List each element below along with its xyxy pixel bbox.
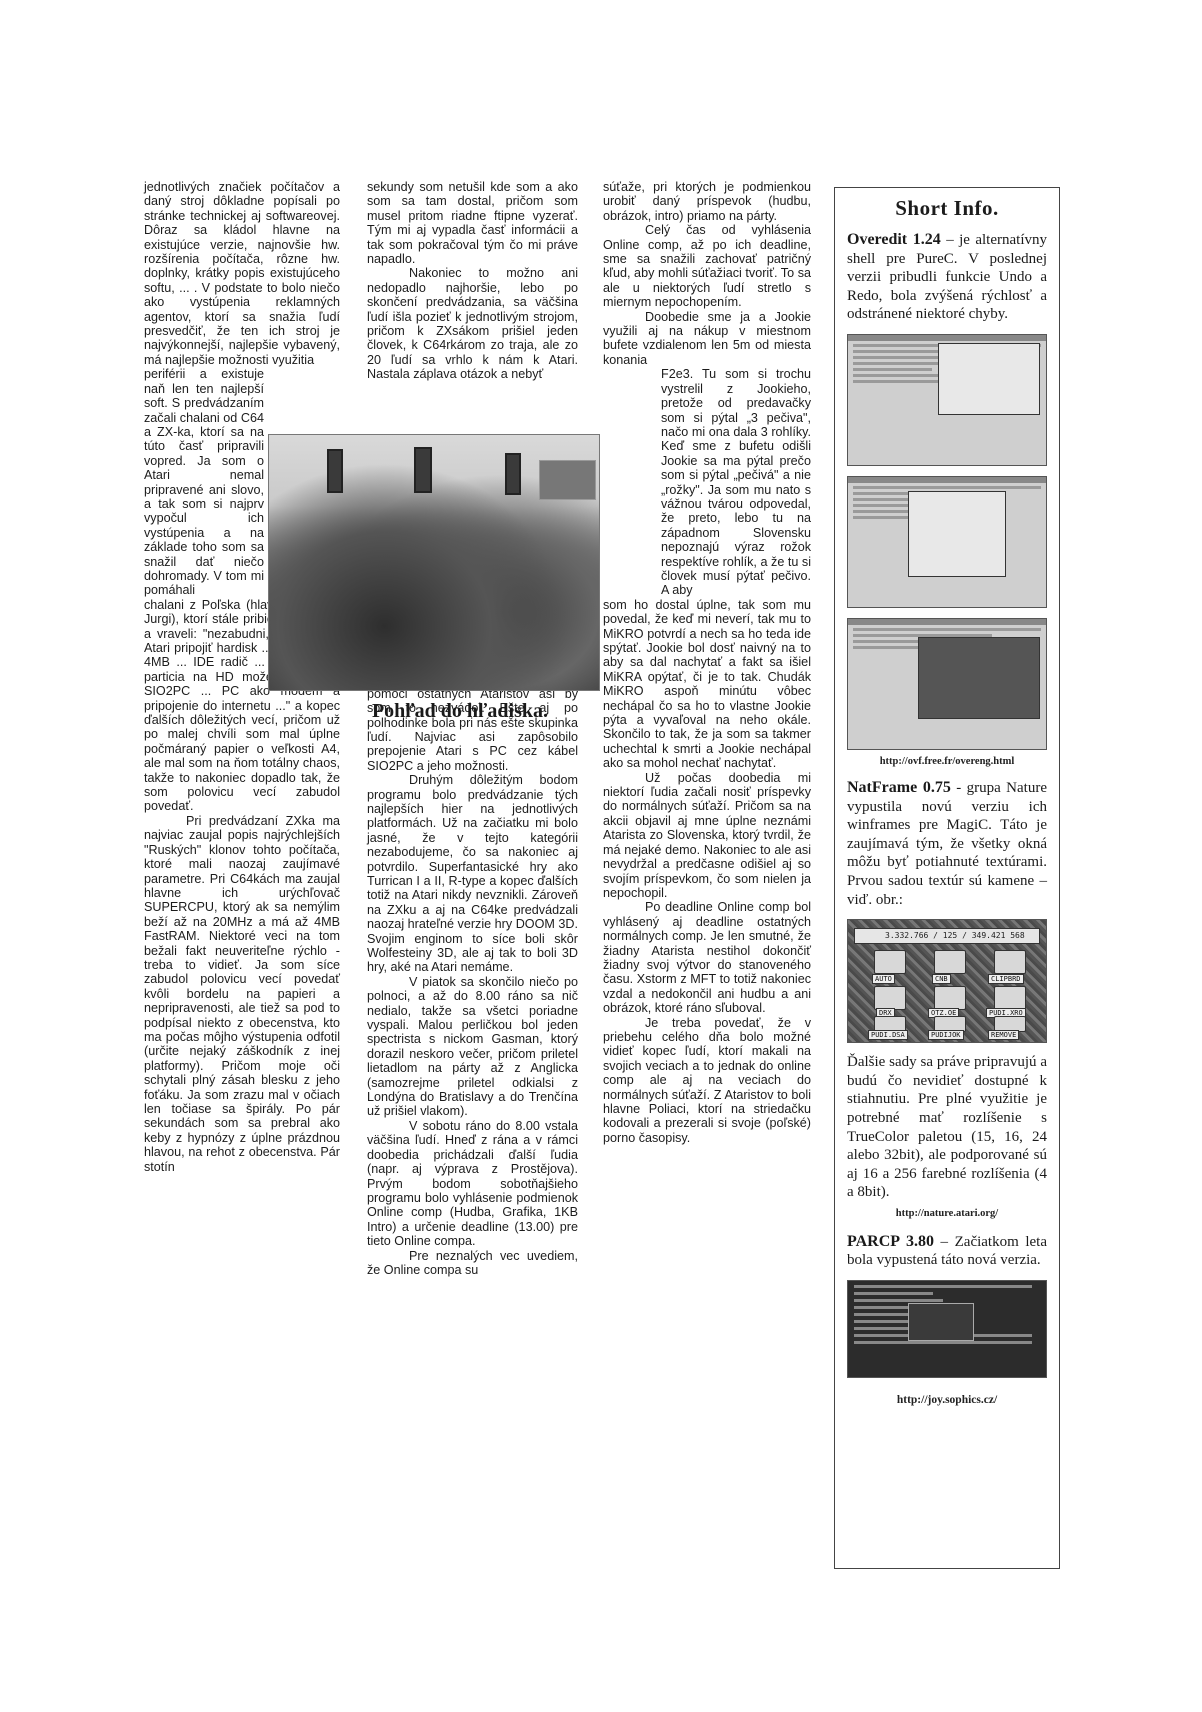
paragraph: sekundy som netušil kde som a ako som sa… [367, 180, 578, 266]
overedit-screenshot-1 [847, 334, 1047, 466]
parcp-item: PARCP 3.80 – Začiatkom leta bola vypuste… [847, 1233, 1047, 1270]
overedit-url[interactable]: http://ovf.free.fr/overeng.html [835, 756, 1059, 767]
paragraph: Pre neznalých vec uvediem, že Online com… [367, 1249, 578, 1278]
photo-caption: Pohľad do hľadiska. [335, 700, 585, 723]
wall-picture [414, 447, 432, 493]
paragraph: Celý čas od vyhlásenia Online comp, až p… [603, 223, 811, 309]
paragraph: Pri predvádzaní ZXka ma najviac zaujal p… [144, 814, 340, 1174]
audience-photo [268, 434, 600, 691]
wall-picture [327, 449, 343, 493]
paragraph: Doobedie sme ja a Jookie využili aj na n… [603, 310, 811, 368]
paragraph: jednotlivých značiek počítačov a daný st… [144, 180, 340, 367]
paragraph: som ho dostal úplne, tak som mu povedal,… [603, 598, 811, 771]
paragraph: súťaže, pri ktorých je podmienkou urobiť… [603, 180, 811, 223]
wall-picture [505, 453, 521, 495]
short-info-box: Short Info. Overedit 1.24 – je alternatí… [834, 187, 1060, 1569]
overedit-screenshot-2 [847, 476, 1047, 608]
natframe-url[interactable]: http://nature.atari.org/ [835, 1208, 1059, 1219]
article-column-2: sekundy som netušil kde som a ako som sa… [367, 180, 578, 1277]
overedit-screenshot-3 [847, 618, 1047, 750]
paragraph: V sobotu ráno do 8.00 vstala väčšina ľud… [367, 1119, 578, 1249]
parcp-screenshot [847, 1280, 1047, 1378]
natframe-item-continued: Ďalšie sady sa práve pripravujú a budú č… [847, 1053, 1047, 1202]
natframe-toolbar: 3.332.766 / 125 / 349.421 568 [854, 928, 1040, 944]
parcp-url[interactable]: http://joy.sophics.cz/ [835, 1394, 1059, 1406]
paragraph: Druhým dôležitým bodom programu bolo pre… [367, 773, 578, 975]
paragraph: F2e3. Tu som si trochu vystrelil z Jooki… [661, 367, 811, 598]
natframe-item: NatFrame 0.75 - grupa Nature vypustila n… [847, 779, 1047, 909]
article-column-3: súťaže, pri ktorých je podmienkou urobiť… [603, 180, 811, 1145]
paragraph: Nakoniec to možno ani nedopadlo najhorši… [367, 266, 578, 381]
paragraph: Po deadline Online comp bol vyhlásený aj… [603, 900, 811, 1015]
overedit-item: Overedit 1.24 – je alternatívny shell pr… [847, 231, 1047, 324]
natframe-screenshot: 3.332.766 / 125 / 349.421 568 AUTO CNB C… [847, 919, 1047, 1043]
window [539, 460, 596, 500]
paragraph: periférii a existuje naň len ten najlepš… [144, 367, 264, 598]
paragraph: Je treba povedať, že v priebehu celého d… [603, 1016, 811, 1146]
paragraph: V piatok sa skončilo niečo po polnoci, a… [367, 975, 578, 1119]
paragraph: Už počas doobedia mi niektorí ľudia zača… [603, 771, 811, 901]
sidebar-title: Short Info. [835, 196, 1059, 221]
